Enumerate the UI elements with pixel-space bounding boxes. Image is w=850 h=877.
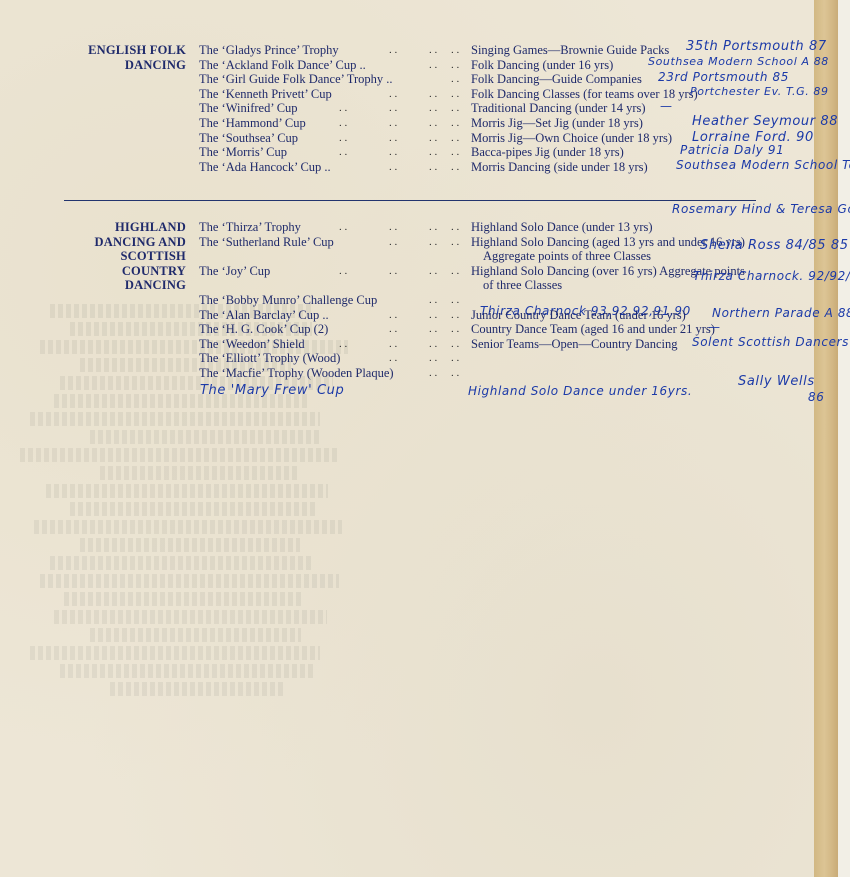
trophy-name: The ‘Bobby Munro’ Challenge Cup bbox=[199, 293, 377, 308]
handwritten-year: 86 bbox=[808, 390, 824, 404]
trophy-name: The ‘Gladys Prince’ Trophy bbox=[199, 43, 339, 58]
trophy-name: The ‘Sutherland Rule’ Cup bbox=[199, 235, 334, 250]
event-description: Morris Jig—Own Choice (under 18 yrs) bbox=[471, 131, 672, 146]
handwritten-winner-note: Patricia Daly 91 bbox=[680, 143, 784, 157]
section-label: ENGLISH FOLK DANCING bbox=[66, 43, 186, 72]
handwritten-winner-note: — bbox=[708, 320, 721, 334]
event-description: Morris Dancing (side under 18 yrs) bbox=[471, 160, 648, 175]
programme-page: ENGLISH FOLK DANCING The ‘Gladys Prince’… bbox=[0, 0, 850, 877]
handwritten-winner-note: Solent Scottish Dancers 86 bbox=[692, 335, 850, 349]
handwritten-winner-note: Portchester Ev. T.G. 89 bbox=[690, 85, 829, 98]
event-description-continued: Aggregate points of three Classes bbox=[483, 249, 651, 264]
handwritten-winner-note: Heather Seymour 88 bbox=[692, 114, 838, 129]
trophy-name: The ‘Thirza’ Trophy bbox=[199, 220, 301, 235]
event-description: Junior Country Dance Team (under 16 yrs) bbox=[471, 308, 686, 323]
handwritten-winner-note: 23rd Portsmouth 85 bbox=[658, 70, 789, 84]
handwritten-winner-note: 35th Portsmouth 87 bbox=[686, 39, 827, 54]
section-label: HIGHLAND DANCING AND SCOTTISH COUNTRY DA… bbox=[66, 220, 186, 293]
section-label-line: SCOTTISH bbox=[66, 249, 186, 264]
trophy-name: The ‘Ada Hancock’ Cup .. bbox=[199, 160, 331, 175]
section-label-line: DANCING bbox=[66, 58, 186, 73]
trophy-name: The ‘Elliott’ Trophy (Wood) bbox=[199, 351, 340, 366]
handwritten-winner-note: — bbox=[660, 99, 673, 113]
trophy-name: The ‘Kenneth Privett’ Cup bbox=[199, 87, 332, 102]
trophy-name: The ‘Joy’ Cup bbox=[199, 264, 270, 279]
trophy-name: The ‘Girl Guide Folk Dance’ Trophy .. bbox=[199, 72, 393, 87]
event-description: Country Dance Team (aged 16 and under 21… bbox=[471, 322, 715, 337]
handwritten-winner-note: Northern Parade A 88 bbox=[712, 306, 850, 320]
trophy-name: The ‘Southsea’ Cup bbox=[199, 131, 298, 146]
trophy-name: The ‘Ackland Folk Dance’ Cup .. bbox=[199, 58, 366, 73]
section-label-line: COUNTRY bbox=[66, 264, 186, 279]
section-label-line: DANCING bbox=[66, 278, 186, 293]
handwritten-winner-note: Southsea Modern School A 88 bbox=[648, 55, 829, 68]
trophy-name: The ‘Hammond’ Cup bbox=[199, 116, 306, 131]
handwritten-winner-note: Sheila Ross 84/85 85 bbox=[700, 238, 849, 253]
trophy-name: The ‘Weedon’ Shield bbox=[199, 337, 305, 352]
section-label-line: ENGLISH FOLK bbox=[66, 43, 186, 58]
section-label-line: HIGHLAND bbox=[66, 220, 186, 235]
trophy-name: The ‘H. G. Cook’ Cup (2) bbox=[199, 322, 328, 337]
handwritten-winner-note: Thirza Charnock. 92/92/93 bbox=[693, 269, 850, 283]
trophy-name: The ‘Morris’ Cup bbox=[199, 145, 287, 160]
event-description: Senior Teams—Open—Country Dancing bbox=[471, 337, 678, 352]
section-label-line: DANCING AND bbox=[66, 235, 186, 250]
trophy-name: The ‘Winifred’ Cup bbox=[199, 101, 298, 116]
event-description: Singing Games—Brownie Guide Packs bbox=[471, 43, 669, 58]
page-edge bbox=[838, 0, 850, 877]
handwritten-winner: Sally Wells bbox=[738, 374, 815, 389]
tape-stain bbox=[814, 0, 840, 877]
event-description: Morris Jig—Set Jig (under 18 yrs) bbox=[471, 116, 643, 131]
event-description-continued: of three Classes bbox=[483, 278, 562, 293]
event-description: Traditional Dancing (under 14 yrs) bbox=[471, 101, 646, 116]
event-description: Bacca-pipes Jig (under 18 yrs) bbox=[471, 145, 624, 160]
event-description: Highland Solo Dance (under 13 yrs) bbox=[471, 220, 653, 235]
event-description: Folk Dancing—Guide Companies bbox=[471, 72, 642, 87]
handwritten-event: Highland Solo Dance under 16yrs. bbox=[468, 384, 692, 398]
trophy-name: The ‘Alan Barclay’ Cup .. bbox=[199, 308, 329, 323]
handwritten-trophy: The 'Mary Frew' Cup bbox=[200, 383, 344, 398]
section-divider bbox=[64, 200, 756, 201]
event-description: Folk Dancing (under 16 yrs) bbox=[471, 58, 613, 73]
handwritten-winner-note: Southsea Modern School Team C. 89 bbox=[676, 158, 850, 172]
trophy-name: The ‘Macfie’ Trophy (Wooden Plaque) bbox=[199, 366, 394, 381]
handwritten-winner-note: Rosemary Hind & Teresa Gould. } 86 bbox=[672, 202, 850, 216]
